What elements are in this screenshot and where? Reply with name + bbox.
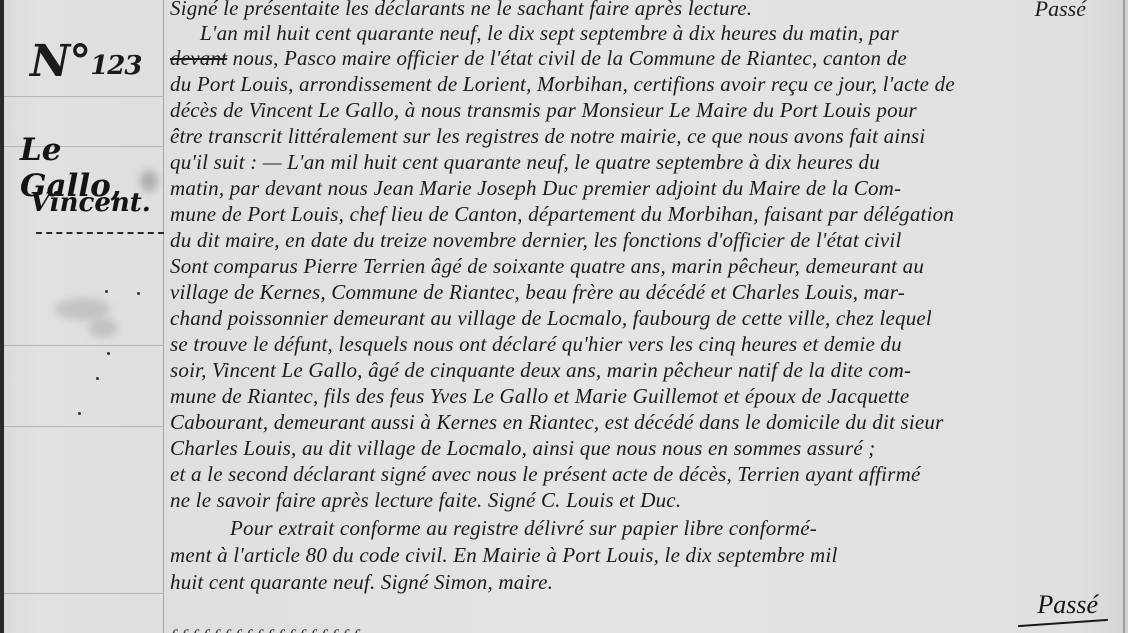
cutoff-text-line: ʃ ʃ ʃ ʃ ʃ ʃ ʃ ʃ ʃ ʃ ʃ ʃ ʃ ʃ ʃ ʃ ʃ ʃ — [170, 622, 1110, 633]
entry-number: N°123 — [30, 36, 142, 87]
text-line: ment à l'article 80 du code civil. En Ma… — [170, 543, 837, 568]
text-line: soir, Vincent Le Gallo, âgé de cinquante… — [170, 358, 911, 383]
page-right-edge — [1123, 0, 1125, 633]
signature: Passé — [1037, 590, 1098, 620]
text-line: du dit maire, en date du treize novembre… — [170, 228, 902, 253]
text-line: matin, par devant nous Jean Marie Joseph… — [170, 176, 901, 201]
margin-column: N°123 Le Gallo, Vincent. — [0, 0, 163, 633]
text-line: village de Kernes, Commune de Riantec, b… — [170, 280, 905, 305]
text-line: mune de Port Louis, chef lieu de Canton,… — [170, 202, 954, 227]
struck-word: devant — [170, 46, 227, 70]
text-line: mune de Riantec, fils des feus Yves Le G… — [170, 384, 909, 409]
text-line: qu'il suit : — L'an mil huit cent quaran… — [170, 150, 880, 175]
text-line: du Port Louis, arrondissement de Lorient… — [170, 72, 955, 97]
text-line: L'an mil huit cent quarante neuf, le dix… — [200, 21, 899, 46]
entry-number-prefix: N° — [30, 36, 90, 87]
text-line: chand poissonnier demeurant au village d… — [170, 306, 932, 331]
text-line: Cabourant, demeurant aussi à Kernes en R… — [170, 410, 943, 435]
document-page: N°123 Le Gallo, Vincent. Passé Signé le … — [0, 0, 1128, 633]
deceased-given-name: Vincent. — [30, 188, 151, 218]
text-line: ne le savoir faire après lecture faite. … — [170, 488, 681, 513]
text-line: Pour extrait conforme au registre délivr… — [230, 516, 817, 541]
text-line: et a le second déclarant signé avec nous… — [170, 462, 920, 487]
text-line: être transcrit littéralement sur les reg… — [170, 124, 925, 149]
text-line: se trouve le défunt, lesquels nous ont d… — [170, 332, 902, 357]
text-line: Signé le présentaite les déclarants ne l… — [170, 0, 752, 21]
text-line: devant nous, Pasco maire officier de l'é… — [170, 46, 907, 71]
entry-number-value: 123 — [90, 51, 141, 81]
text-line: décès de Vincent Le Gallo, à nous transm… — [170, 98, 917, 123]
text-line-rest: nous, Pasco maire officier de l'état civ… — [233, 46, 907, 70]
record-body: Signé le présentaite les déclarants ne l… — [160, 0, 1120, 633]
name-underline — [36, 232, 164, 234]
text-line: Charles Louis, au dit village de Locmalo… — [170, 436, 875, 461]
text-line: huit cent quarante neuf. Signé Simon, ma… — [170, 570, 553, 595]
text-line: Sont comparus Pierre Terrien âgé de soix… — [170, 254, 924, 279]
